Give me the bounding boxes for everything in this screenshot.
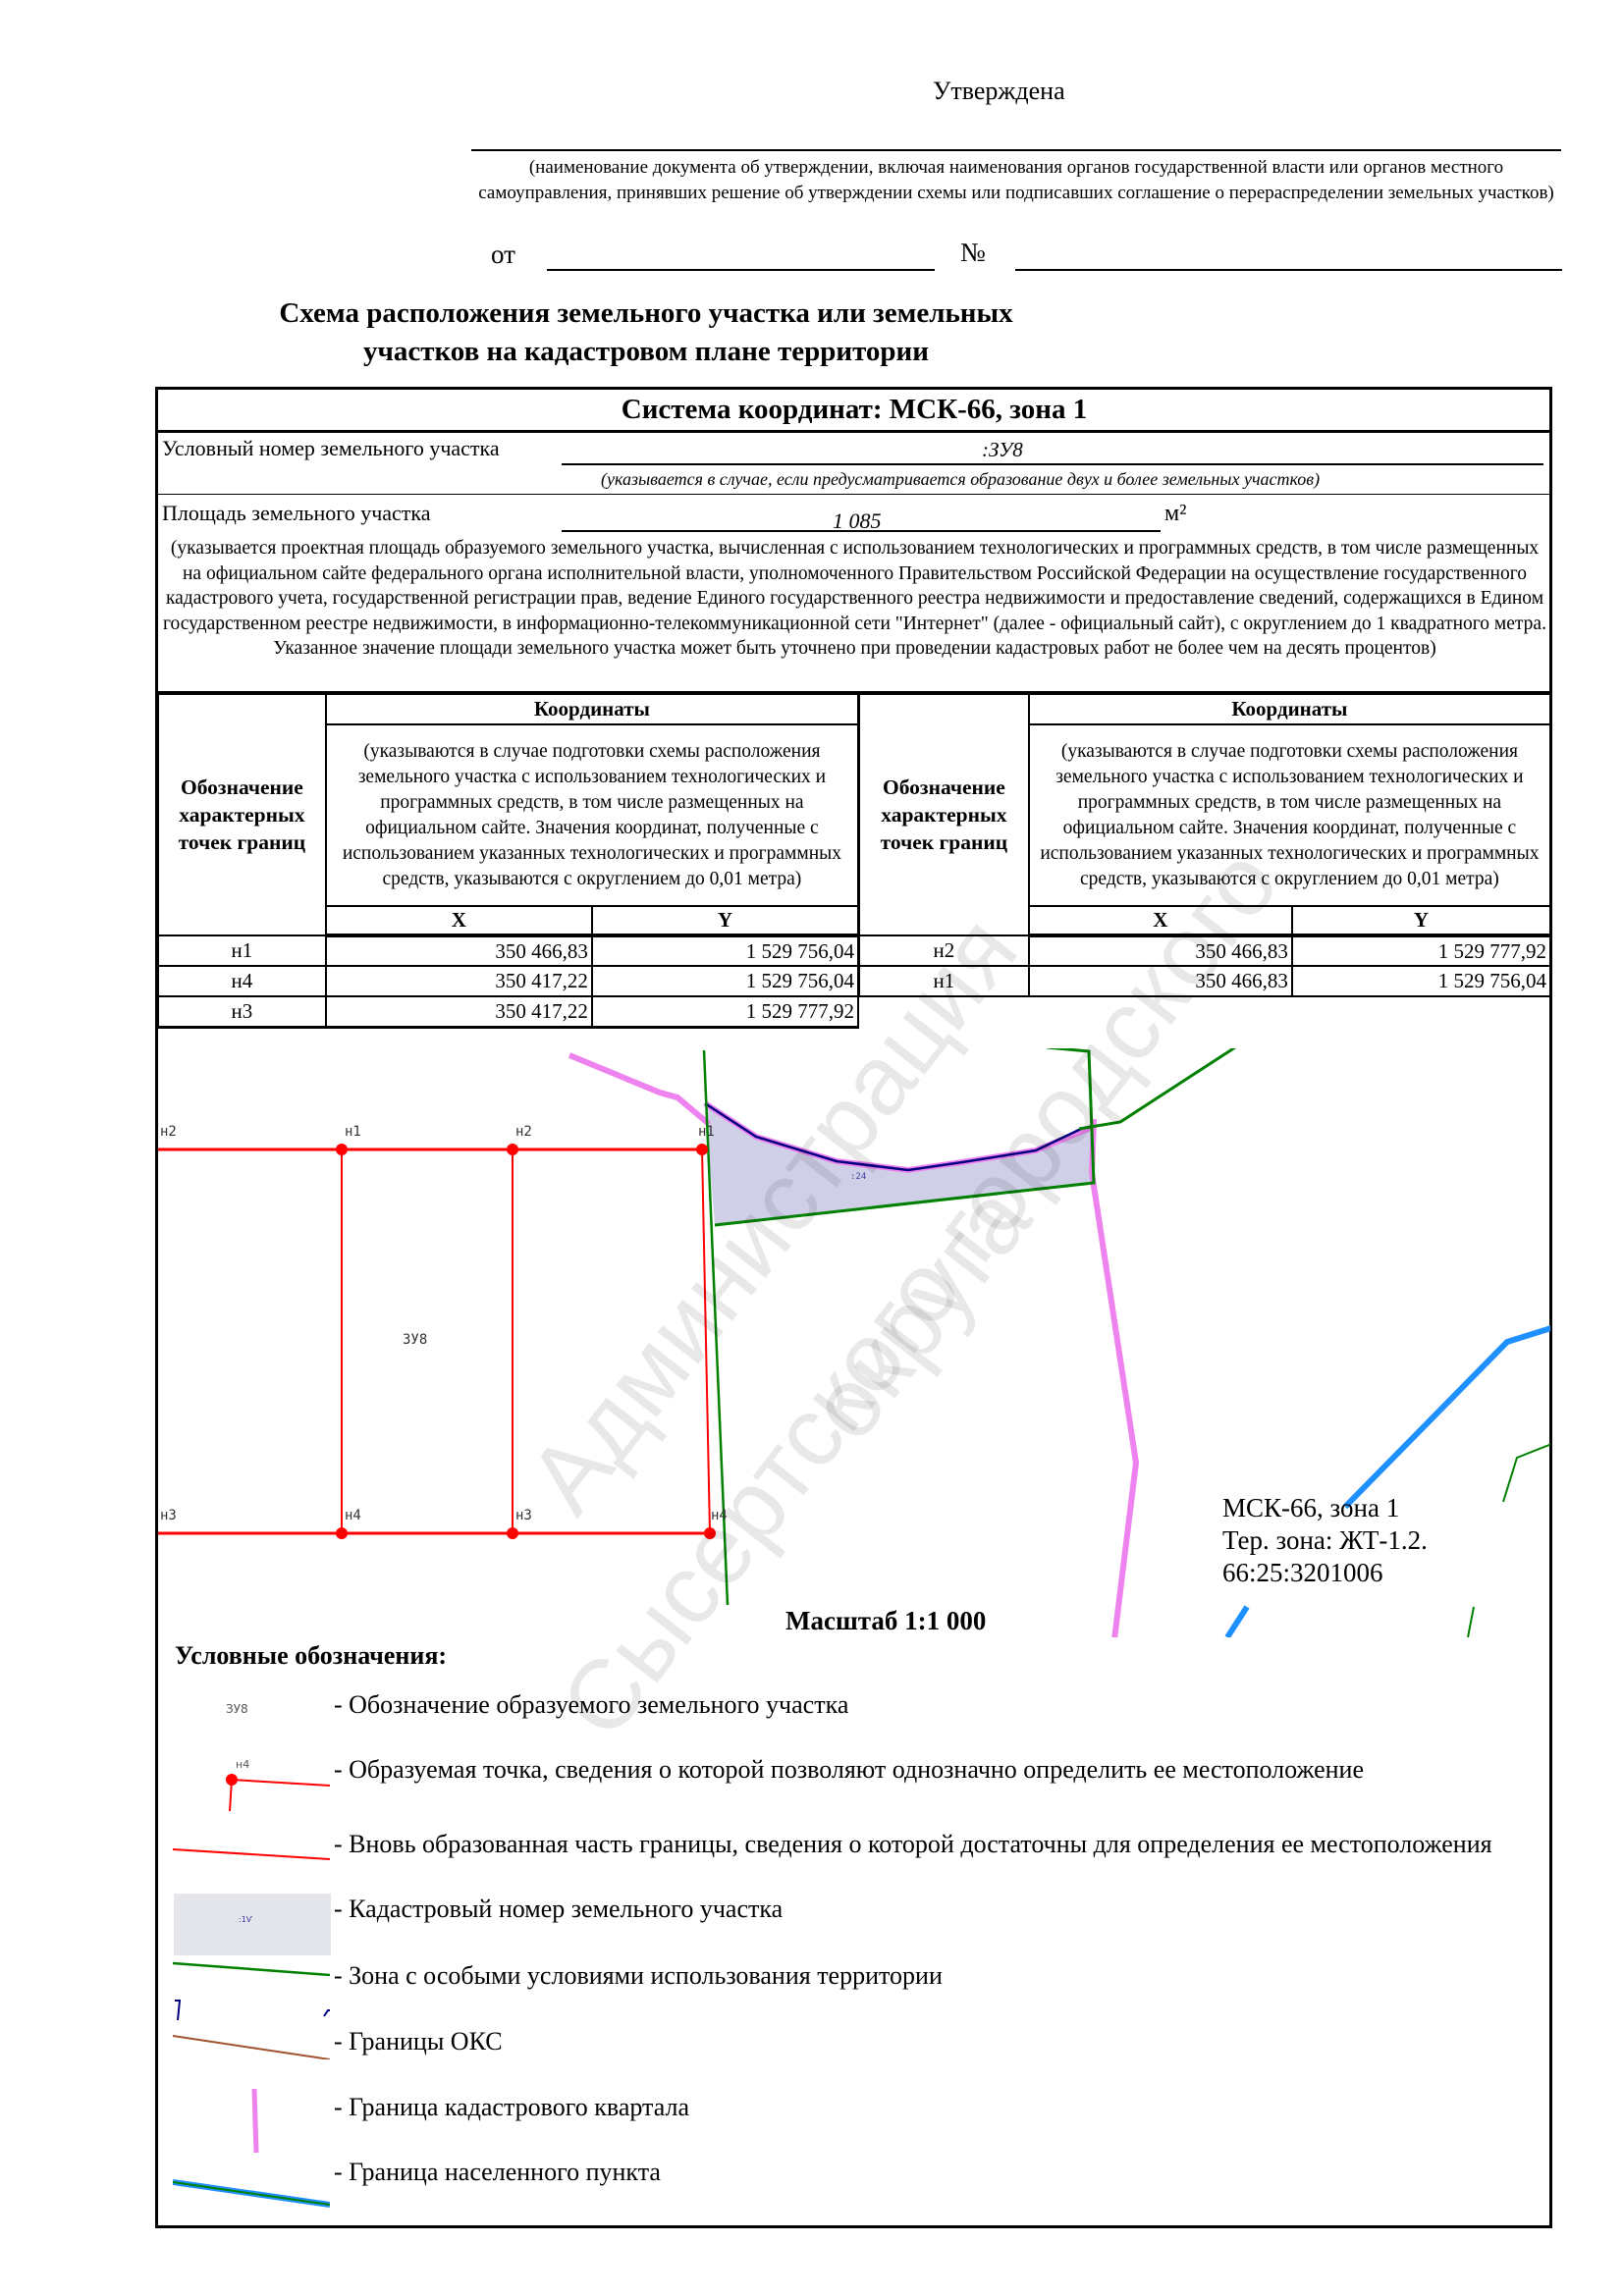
legend-item-text: - Границы ОКС [334,2025,1542,2057]
map-info-quarter: 66:25:3201006 [1222,1557,1428,1589]
point-label: н1 [698,1124,715,1140]
point-label: н2 [160,1124,177,1140]
map-info-crs: МСК-66, зона 1 [1222,1492,1428,1524]
parcel-label-icon: ЗУ8 [226,1702,248,1716]
quarter-boundary-right [1092,1119,1136,1639]
svg-text:н4: н4 [236,1758,249,1771]
new-boundary-icon [173,1826,330,1865]
map-info-zone: Тер. зона: ЖТ-1.2. [1222,1524,1428,1557]
legend-item-text: - Зона с особыми условиями использования… [334,1959,1542,1992]
point-label: н3 [160,1508,177,1523]
cadastral-number-icon: :1Ѵ [174,1894,331,1955]
special-zone-line-far-right [1503,1443,1554,1502]
formed-points [336,1144,716,1539]
legend-item-text: - Вновь образованная часть границы, свед… [334,1828,1542,1860]
point-label: н4 [345,1508,361,1523]
cadastral-number-label: :24 [850,1172,866,1182]
parcel-label: ЗУ8 [403,1332,427,1348]
legend-item-text: - Образуемая точка, сведения о которой п… [334,1753,1542,1786]
settlement-boundary-icon [173,2179,330,2209]
point-label: н3 [515,1508,532,1523]
legend-item-text: - Обозначение образуемого земельного уча… [334,1688,1542,1721]
oks-boundary-icon [173,1999,330,2059]
quarter-boundary-left [569,1055,709,1124]
cadastral-number-icon-text: :1Ѵ [239,1915,252,1924]
formed-point-icon: н4 [173,1752,330,1811]
point-label: н1 [345,1124,361,1140]
special-zone-icon [173,1959,330,1979]
new-boundary-lines [158,1149,710,1533]
map-scale: Масштаб 1:1 000 [785,1606,986,1636]
legend-title: Условные обозначения: [175,1641,447,1671]
special-zone-line-right [1079,1047,1235,1129]
settlement-boundary [1345,1327,1554,1507]
special-zone-line-far-right-lower [1468,1607,1474,1637]
quarter-boundary-icon [250,2089,262,2153]
legend-item-text: - Граница кадастрового квартала [334,2091,1542,2123]
point-label: н4 [711,1508,728,1523]
legend-item-text: - Кадастровый номер земельного участка [334,1893,1542,1925]
settlement-boundary-lower [1227,1607,1247,1637]
point-label: н2 [515,1124,532,1140]
cadastral-parcel-24 [705,1103,1094,1225]
map-info: МСК-66, зона 1 Тер. зона: ЖТ-1.2. 66:25:… [1222,1492,1428,1589]
legend-item-text: - Граница населенного пункта [334,2156,1542,2188]
